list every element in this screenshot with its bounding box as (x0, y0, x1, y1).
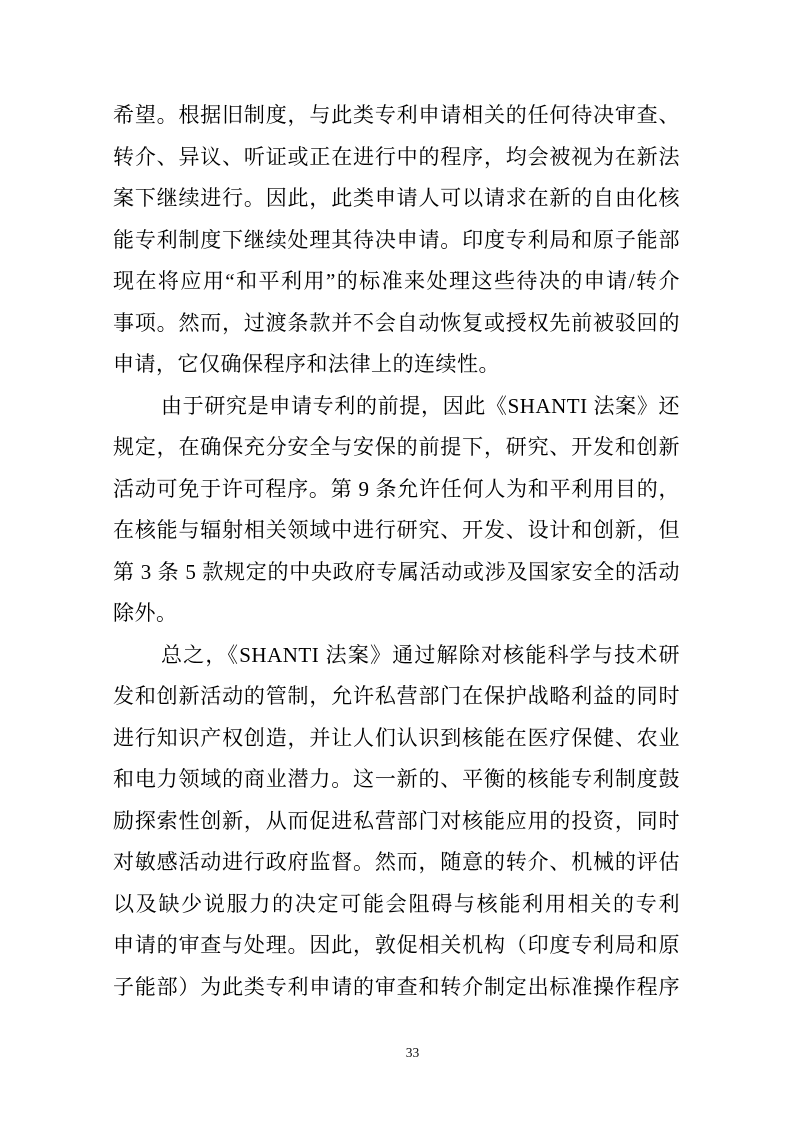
text-line: 子能部）为此类专利申请的审查和转介制定出标准操作程序 (113, 967, 680, 1009)
text-line: 和电力领域的商业潜力。这一新的、平衡的核能专利制度鼓 (113, 759, 680, 801)
text-line: 进行知识产权创造，并让人们认识到核能在医疗保健、农业 (113, 718, 680, 760)
text-line: 规定，在确保充分安全与安保的前提下，研究、开发和创新 (113, 427, 680, 469)
text-line: 能专利制度下继续处理其待决申请。印度专利局和原子能部 (113, 220, 680, 262)
text-line: 以及缺少说服力的决定可能会阻碍与核能利用相关的专利 (113, 884, 680, 926)
text-line: 希望。根据旧制度，与此类专利申请相关的任何待决审查、 (113, 95, 680, 137)
text-line: 励探索性创新，从而促进私营部门对核能应用的投资，同时 (113, 801, 680, 843)
document-page: 希望。根据旧制度，与此类专利申请相关的任何待决审查、转介、异议、听证或正在进行中… (0, 0, 793, 1122)
text-line: 发和创新活动的管制，允许私营部门在保护战略利益的同时 (113, 676, 680, 718)
text-line: 案下继续进行。因此，此类申请人可以请求在新的自由化核 (113, 178, 680, 220)
text-line: 活动可免于许可程序。第 9 条允许任何人为和平利用目的， (113, 469, 680, 511)
text-line: 申请，它仅确保程序和法律上的连续性。 (113, 344, 680, 386)
text-line: 转介、异议、听证或正在进行中的程序，均会被视为在新法 (113, 137, 680, 179)
text-line: 对敏感活动进行政府监督。然而，随意的转介、机械的评估 (113, 842, 680, 884)
body-text: 希望。根据旧制度，与此类专利申请相关的任何待决审查、转介、异议、听证或正在进行中… (113, 95, 680, 1008)
text-line: 在核能与辐射相关领域中进行研究、开发、设计和创新，但 (113, 510, 680, 552)
text-line: 由于研究是申请专利的前提，因此《SHANTI 法案》还 (113, 386, 680, 428)
text-line: 申请的审查与处理。因此，敦促相关机构（印度专利局和原 (113, 925, 680, 967)
text-line: 现在将应用“和平利用”的标准来处理这些待决的申请/转介 (113, 261, 680, 303)
text-line: 事项。然而，过渡条款并不会自动恢复或授权先前被驳回的 (113, 303, 680, 345)
text-line: 总之，《SHANTI 法案》通过解除对核能科学与技术研 (113, 635, 680, 677)
page-number: 33 (16, 1044, 793, 1062)
text-line: 除外。 (113, 593, 680, 635)
text-line: 第 3 条 5 款规定的中央政府专属活动或涉及国家安全的活动 (113, 552, 680, 594)
